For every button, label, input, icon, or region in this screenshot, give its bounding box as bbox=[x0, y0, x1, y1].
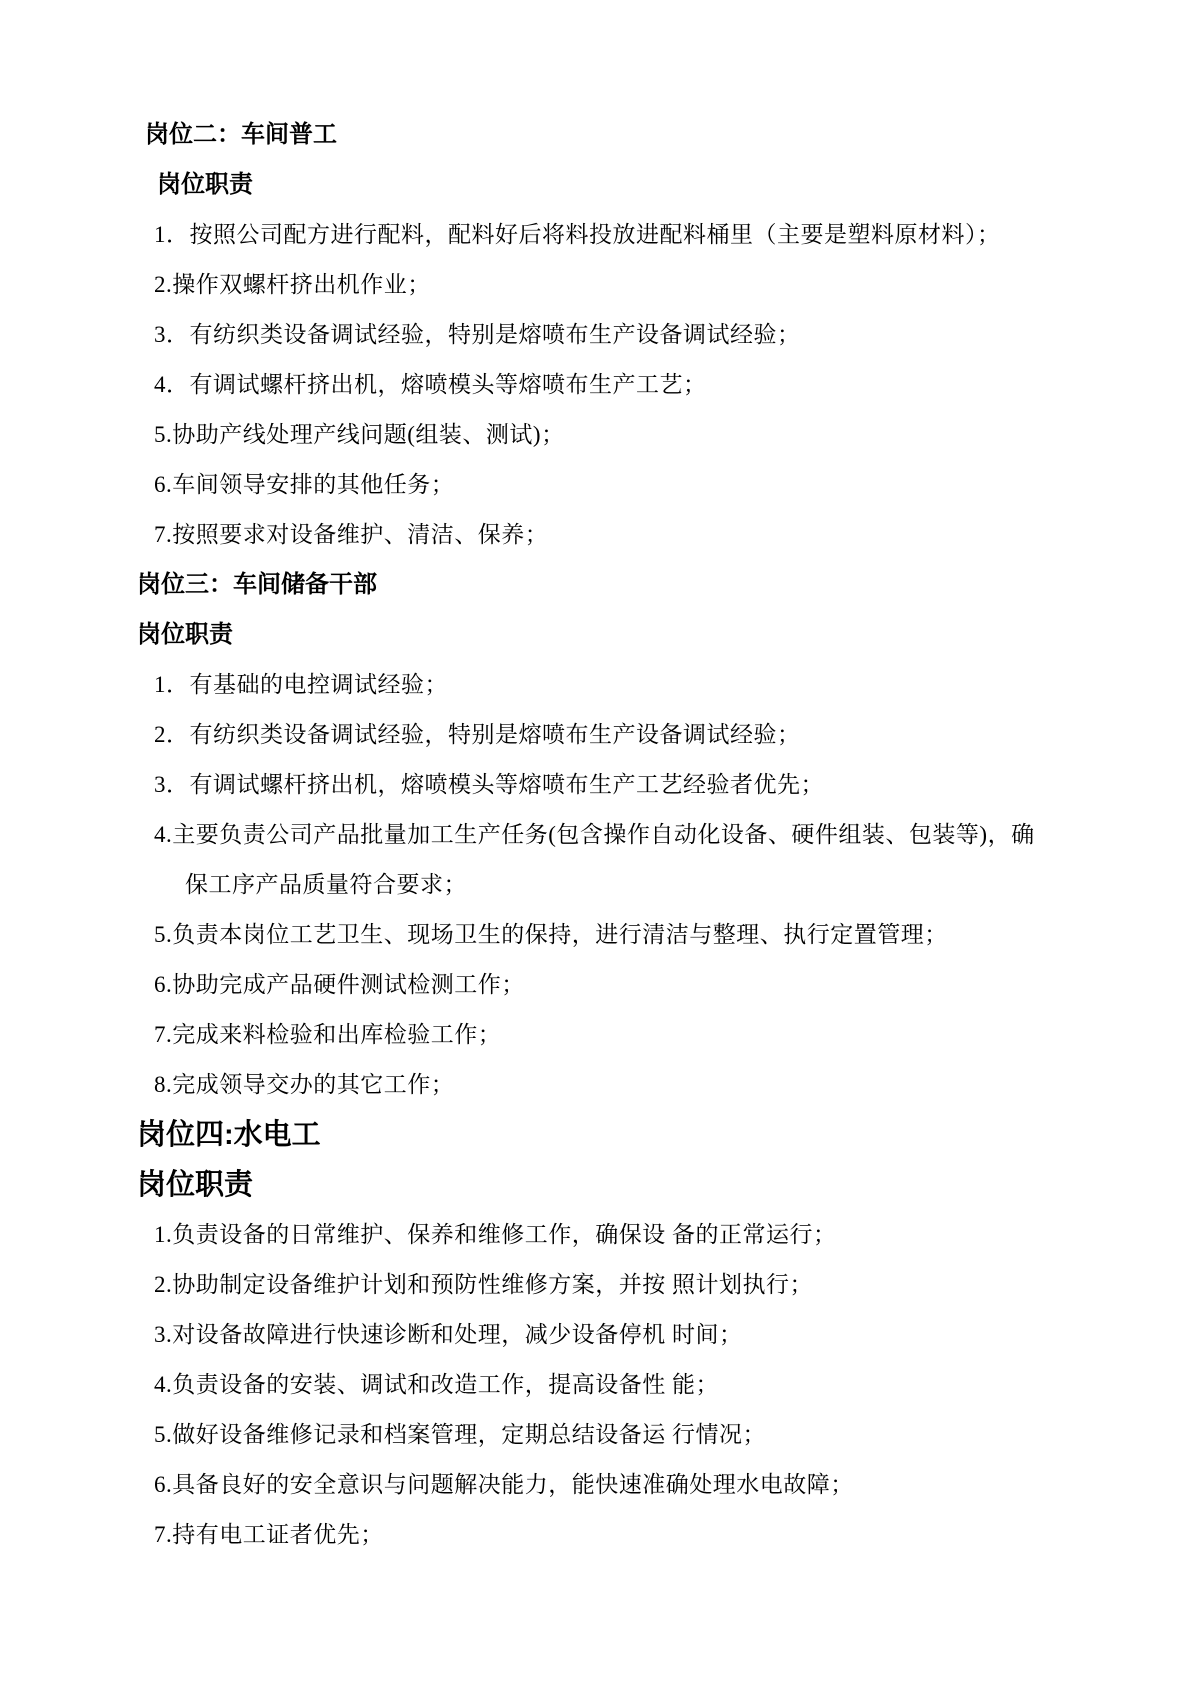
duty-item: 1．有基础的电控调试经验； bbox=[154, 660, 1047, 710]
document-page: 岗位二：车间普工 岗位职责 1．按照公司配方进行配料，配料好后将料投放进配料桶里… bbox=[0, 0, 1191, 1684]
duty-item: 1.负责设备的日常维护、保养和维修工作，确保设 备的正常运行； bbox=[154, 1210, 1047, 1260]
duty-item: 7.完成来料检验和出库检验工作； bbox=[154, 1010, 1047, 1060]
duty-item: 2.操作双螺杆挤出机作业； bbox=[154, 260, 1047, 310]
section-subtitle-duties: 岗位职责 bbox=[137, 1160, 1047, 1210]
duty-item: 2.协助制定设备维护计划和预防性维修方案，并按 照计划执行； bbox=[154, 1260, 1047, 1310]
section-subtitle-duties: 岗位职责 bbox=[157, 160, 1047, 210]
section-position-3: 岗位三：车间储备干部 岗位职责 1．有基础的电控调试经验； 2．有纺织类设备调试… bbox=[137, 560, 1047, 1110]
duty-item: 5.负责本岗位工艺卫生、现场卫生的保持，进行清洁与整理、执行定置管理； bbox=[154, 910, 1047, 960]
duty-item: 3．有调试螺杆挤出机，熔喷模头等熔喷布生产工艺经验者优先； bbox=[154, 760, 1047, 810]
duty-item: 2．有纺织类设备调试经验，特别是熔喷布生产设备调试经验； bbox=[154, 710, 1047, 760]
duty-item: 6.协助完成产品硬件测试检测工作； bbox=[154, 960, 1047, 1010]
section-position-4: 岗位四:水电工 岗位职责 1.负责设备的日常维护、保养和维修工作，确保设 备的正… bbox=[137, 1110, 1047, 1560]
duty-item: 1．按照公司配方进行配料，配料好后将料投放进配料桶里（主要是塑料原材料）； bbox=[154, 210, 1047, 260]
section-title-position-4: 岗位四:水电工 bbox=[137, 1110, 1047, 1160]
duty-item: 5.协助产线处理产线问题(组装、测试)； bbox=[154, 410, 1047, 460]
duty-item: 7.持有电工证者优先； bbox=[154, 1510, 1047, 1560]
duty-item: 7.按照要求对设备维护、清洁、保养； bbox=[154, 510, 1047, 560]
duty-item: 4.负责设备的安装、调试和改造工作，提高设备性 能； bbox=[154, 1360, 1047, 1410]
duty-item: 4．有调试螺杆挤出机，熔喷模头等熔喷布生产工艺； bbox=[154, 360, 1047, 410]
duty-item: 3.对设备故障进行快速诊断和处理，减少设备停机 时间； bbox=[154, 1310, 1047, 1360]
duty-item: 6.车间领导安排的其他任务； bbox=[154, 460, 1047, 510]
duty-item: 3．有纺织类设备调试经验，特别是熔喷布生产设备调试经验； bbox=[154, 310, 1047, 360]
duty-item: 5.做好设备维修记录和档案管理，定期总结设备运 行情况； bbox=[154, 1410, 1047, 1460]
section-title-position-3: 岗位三：车间储备干部 bbox=[137, 560, 1047, 610]
duty-item: 4.主要负责公司产品批量加工生产任务(包含操作自动化设备、硬件组装、包装等)，确… bbox=[154, 810, 1047, 910]
section-title-position-2: 岗位二：车间普工 bbox=[145, 110, 1047, 160]
section-subtitle-duties: 岗位职责 bbox=[137, 610, 1047, 660]
duty-item: 6.具备良好的安全意识与问题解决能力，能快速准确处理水电故障； bbox=[154, 1460, 1047, 1510]
section-position-2: 岗位二：车间普工 岗位职责 1．按照公司配方进行配料，配料好后将料投放进配料桶里… bbox=[137, 110, 1047, 560]
duty-item: 8.完成领导交办的其它工作； bbox=[154, 1060, 1047, 1110]
